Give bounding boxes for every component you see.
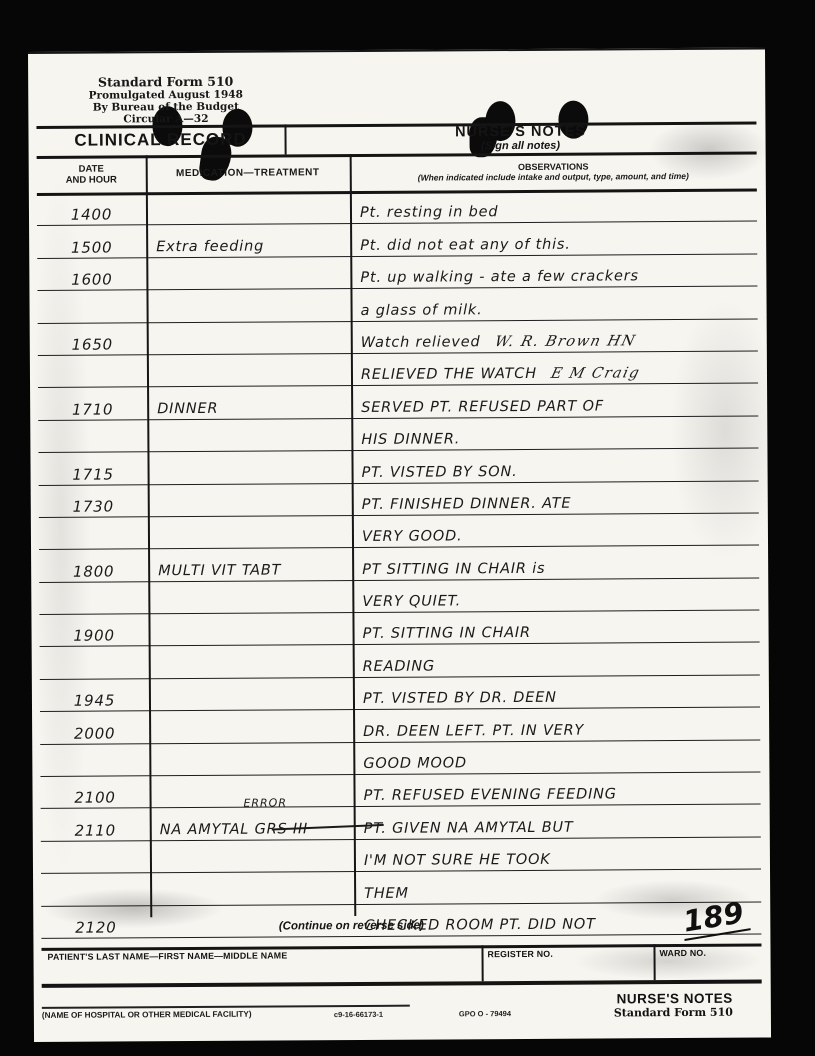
entry-observation: Pt. did not eat any of this. bbox=[360, 236, 571, 255]
footer-nurses-notes: NURSE'S NOTES bbox=[614, 991, 733, 1007]
medication-cell: Extra feeding bbox=[146, 224, 350, 257]
entry-medication: DINNER bbox=[157, 401, 218, 419]
date-cell: 1500 bbox=[37, 226, 146, 258]
error-note: ERROR bbox=[243, 795, 287, 813]
gpo-code: GPO O - 79494 bbox=[459, 1009, 511, 1018]
entry-time: 1945 bbox=[74, 693, 115, 711]
date-cell bbox=[39, 582, 148, 614]
nurses-notes-label: NURSE'S NOTES bbox=[455, 124, 586, 140]
form-paper: Standard Form 510 Promulgated August 194… bbox=[28, 47, 771, 1041]
date-cell bbox=[40, 744, 149, 776]
rule-line bbox=[284, 124, 286, 154]
date-cell bbox=[40, 647, 149, 679]
entry-observation: GOOD MOOD bbox=[363, 755, 467, 774]
medication-cell: DINNER bbox=[147, 386, 351, 419]
medication-cell bbox=[146, 192, 350, 225]
date-cell bbox=[38, 355, 147, 387]
column-header-date: DATE AND HOUR bbox=[37, 155, 146, 193]
medication-cell bbox=[146, 289, 350, 322]
entry-observation: THEM bbox=[364, 885, 409, 903]
field-divider bbox=[481, 945, 483, 981]
observation-cell: HIS DINNER. bbox=[351, 416, 758, 450]
medication-cell bbox=[150, 840, 354, 873]
medication-cell: MULTI VIT TABT bbox=[148, 548, 352, 581]
observation-cell: VERY GOOD. bbox=[352, 513, 759, 547]
date-cell: 1900 bbox=[39, 614, 148, 646]
observation-cell: DR. DEEN LEFT. PT. IN VERY bbox=[353, 708, 760, 742]
date-cell bbox=[39, 517, 148, 549]
date-cell: 1800 bbox=[39, 550, 148, 582]
date-cell: 1715 bbox=[38, 452, 147, 484]
observation-cell: PT. SITTING IN CHAIR bbox=[352, 611, 759, 645]
facility-label: (NAME OF HOSPITAL OR OTHER MEDICAL FACIL… bbox=[42, 1010, 252, 1020]
entry-observation: PT. SITTING IN CHAIR bbox=[363, 625, 531, 644]
observations-label: OBSERVATIONS bbox=[518, 161, 589, 171]
entry-time: 2000 bbox=[74, 725, 115, 743]
entry-observation: RELIEVED THE WATCH bbox=[361, 366, 537, 385]
observation-cell: Watch relieved W. R. Brown HN bbox=[351, 319, 758, 353]
nurse-signature: W. R. Brown HN bbox=[492, 333, 637, 352]
entry-time: 2110 bbox=[75, 822, 116, 840]
entry-observation: Pt. resting in bed bbox=[360, 205, 498, 224]
entry-observation: READING bbox=[363, 658, 435, 676]
scanned-page: Standard Form 510 Promulgated August 194… bbox=[0, 0, 815, 1056]
entry-observation: PT. FINISHED DINNER. ATE bbox=[362, 496, 572, 515]
entry-observation: DR. DEEN LEFT. PT. IN VERY bbox=[363, 722, 584, 741]
observation-cell: GOOD MOOD bbox=[353, 740, 760, 774]
form-id-block: Standard Form 510 Promulgated August 194… bbox=[58, 75, 273, 126]
medication-cell bbox=[149, 678, 353, 711]
print-code: c9-16-66173-1 bbox=[334, 1010, 383, 1019]
field-divider bbox=[653, 944, 655, 980]
form-id-line: Standard Form 510 bbox=[58, 75, 273, 90]
entry-observation: PT. REFUSED EVENING FEEDING bbox=[364, 787, 617, 807]
medication-cell bbox=[147, 419, 351, 452]
medication-cell bbox=[148, 581, 352, 614]
date-cell: 1730 bbox=[39, 485, 148, 517]
entry-observation: PT. VISTED BY DR. DEEN bbox=[363, 690, 557, 709]
medication-cell bbox=[148, 516, 352, 549]
date-label-line1: DATE bbox=[79, 163, 104, 174]
observation-cell: Pt. did not eat any of this. bbox=[350, 222, 757, 256]
observation-cell: READING bbox=[353, 643, 760, 677]
observation-cell: PT. FINISHED DINNER. ATE bbox=[352, 481, 759, 515]
entry-observation: Watch relieved bbox=[361, 334, 481, 353]
entry-observation: PT. GIVEN NA AMYTAL BUT bbox=[364, 819, 574, 838]
date-cell: 1710 bbox=[38, 388, 147, 420]
ward-no-field-label: WARD NO. bbox=[653, 946, 761, 981]
date-cell: 1600 bbox=[37, 258, 146, 290]
entry-medication: MULTI VIT TABT bbox=[158, 562, 281, 581]
entry-observation: PT. VISTED BY SON. bbox=[362, 464, 518, 483]
date-cell bbox=[37, 290, 146, 322]
column-header-medication: MEDICATION—TREATMENT bbox=[146, 154, 350, 192]
medication-cell bbox=[148, 484, 352, 517]
patient-name-field-label: PATIENT'S LAST NAME—FIRST NAME—MIDDLE NA… bbox=[41, 947, 481, 984]
observation-cell: PT. REFUSED EVENING FEEDING bbox=[353, 773, 760, 807]
date-label-line2: AND HOUR bbox=[66, 174, 117, 185]
date-cell: 2110 bbox=[41, 809, 150, 841]
entry-time: 2100 bbox=[74, 790, 115, 808]
clinical-record-title: CLINICAL RECORD bbox=[36, 124, 284, 156]
date-cell: 1650 bbox=[38, 323, 147, 355]
entry-time: 1500 bbox=[71, 239, 112, 257]
observation-cell: Pt. resting in bed bbox=[350, 190, 757, 224]
observation-cell: Pt. up walking - ate a few crackers bbox=[350, 254, 757, 288]
medication-cell bbox=[149, 743, 353, 776]
entry-observation: I'M NOT SURE HE TOOK bbox=[364, 852, 551, 871]
entry-observation: SERVED PT. REFUSED PART OF bbox=[361, 398, 604, 417]
medication-cell bbox=[150, 872, 354, 905]
entry-observation: VERY GOOD. bbox=[362, 529, 463, 548]
entry-observation: VERY QUIET. bbox=[362, 593, 461, 612]
date-cell: 2000 bbox=[40, 712, 149, 744]
date-cell bbox=[41, 873, 150, 905]
medication-cell bbox=[147, 354, 351, 387]
entry-time: 1600 bbox=[71, 272, 112, 290]
facility-signature-line bbox=[42, 1005, 410, 1009]
entry-time: 1400 bbox=[71, 207, 112, 225]
medication-cell: ERROR NA AMYTAL GRS III bbox=[150, 807, 354, 840]
medication-cell bbox=[149, 710, 353, 743]
entry-observation: a glass of milk. bbox=[361, 302, 483, 321]
observation-cell: I'M NOT SURE HE TOOK bbox=[354, 837, 761, 871]
observation-cell: VERY QUIET. bbox=[352, 578, 759, 612]
date-cell bbox=[38, 420, 147, 452]
header-band: CLINICAL RECORD NURSE'S NOTES (Sign all … bbox=[36, 122, 756, 156]
entry-time: 1650 bbox=[72, 336, 113, 354]
entry-medication: Extra feeding bbox=[156, 238, 264, 257]
entry-time: 1900 bbox=[73, 628, 114, 646]
column-header-observations: OBSERVATIONS (When indicated include int… bbox=[350, 152, 757, 191]
entry-observation: Pt. up walking - ate a few crackers bbox=[360, 268, 639, 288]
form-id-line: Promulgated August 1948 bbox=[58, 89, 273, 102]
observation-cell: RELIEVED THE WATCH E M Craig bbox=[351, 352, 758, 386]
nurses-notes-title: NURSE'S NOTES (Sign all notes) bbox=[284, 122, 756, 155]
observation-cell: PT. GIVEN NA AMYTAL BUT bbox=[354, 805, 761, 839]
observation-cell: PT. VISTED BY DR. DEEN bbox=[353, 675, 760, 709]
medication-cell bbox=[149, 645, 353, 678]
observation-cell: a glass of milk. bbox=[350, 287, 757, 321]
entry-time: 1800 bbox=[73, 563, 114, 581]
nurse-signature: E M Craig bbox=[549, 366, 642, 385]
footer-form-title: NURSE'S NOTES Standard Form 510 bbox=[614, 991, 733, 1020]
sign-all-notes-label: (Sign all notes) bbox=[481, 139, 560, 151]
date-cell bbox=[41, 841, 150, 873]
entry-time: 1730 bbox=[73, 498, 114, 516]
entry-observation: PT SITTING IN CHAIR is bbox=[362, 561, 545, 580]
date-cell: 1945 bbox=[40, 679, 149, 711]
medication-cell bbox=[147, 322, 351, 355]
entry-observation: HIS DINNER. bbox=[361, 431, 460, 450]
medication-cell bbox=[148, 613, 352, 646]
observation-cell: THEM bbox=[354, 870, 761, 904]
footer-form-number: Standard Form 510 bbox=[614, 1006, 733, 1020]
date-cell: 1400 bbox=[37, 193, 146, 225]
observation-cell: SERVED PT. REFUSED PART OF bbox=[351, 384, 758, 418]
entry-medication: NA AMYTAL GRS III bbox=[160, 821, 308, 840]
observations-sublabel: (When indicated include intake and outpu… bbox=[418, 170, 689, 182]
date-cell: 2100 bbox=[40, 776, 149, 808]
observation-cell: PT SITTING IN CHAIR is bbox=[352, 546, 759, 580]
entry-time: 1715 bbox=[72, 466, 113, 484]
observation-cell: PT. VISTED BY SON. bbox=[351, 449, 758, 483]
medication-cell bbox=[147, 451, 351, 484]
medication-cell bbox=[146, 257, 350, 290]
entry-time: 1710 bbox=[72, 401, 113, 419]
register-no-field-label: REGISTER NO. bbox=[481, 946, 653, 981]
